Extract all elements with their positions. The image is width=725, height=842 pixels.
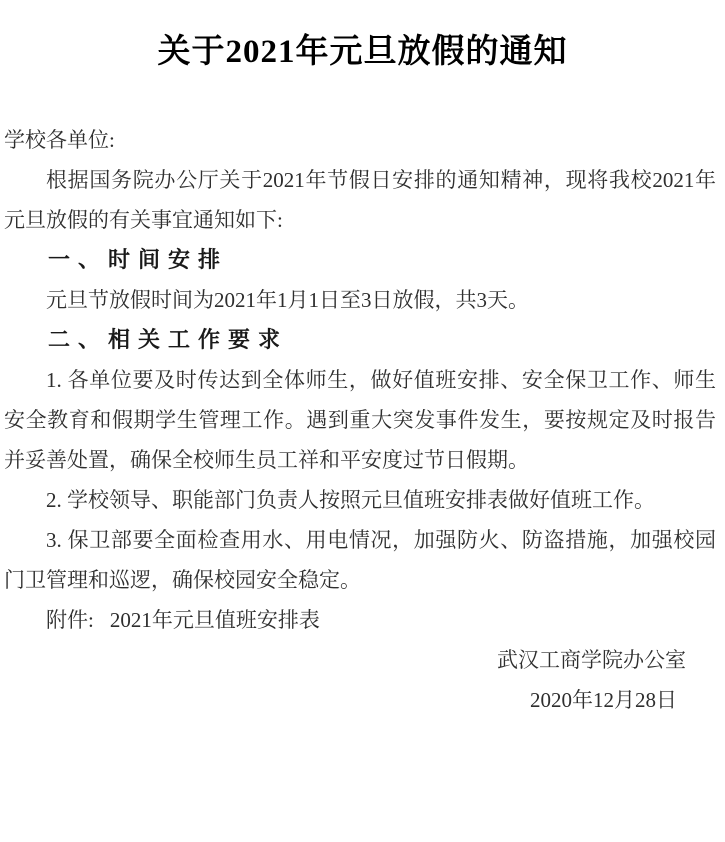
issuer-name: 武汉工商学院办公室 (4, 640, 716, 680)
work-item-3: 3. 保卫部要全面检查用水、用电情况，加强防火、防盗措施，加强校园门卫管理和巡逻… (4, 520, 716, 600)
issue-date: 2020年12月28日 (4, 680, 716, 720)
intro-paragraph: 根据国务院办公厅关于2021年节假日安排的通知精神，现将我校2021年元旦放假的… (4, 160, 716, 240)
attachment-title: 2021年元旦值班安排表 (110, 608, 320, 632)
document-body: 学校各单位: 根据国务院办公厅关于2021年节假日安排的通知精神，现将我校202… (0, 120, 725, 720)
notice-document: 关于2021年元旦放假的通知 学校各单位: 根据国务院办公厅关于2021年节假日… (0, 0, 725, 842)
section-2-heading: 二、相关工作要求 (4, 320, 716, 360)
salutation: 学校各单位: (4, 120, 716, 160)
attachment-line: 附件:2021年元旦值班安排表 (4, 600, 716, 640)
work-item-2: 2. 学校领导、职能部门负责人按照元旦值班安排表做好值班工作。 (4, 480, 716, 520)
section-1-heading: 一、时间安排 (4, 240, 716, 280)
attachment-label: 附件: (46, 608, 94, 632)
document-title: 关于2021年元旦放假的通知 (0, 0, 725, 76)
section-1-body: 元旦节放假时间为2021年1月1日至3日放假，共3天。 (4, 280, 716, 320)
work-item-1: 1. 各单位要及时传达到全体师生，做好值班安排、安全保卫工作、师生安全教育和假期… (4, 360, 716, 480)
